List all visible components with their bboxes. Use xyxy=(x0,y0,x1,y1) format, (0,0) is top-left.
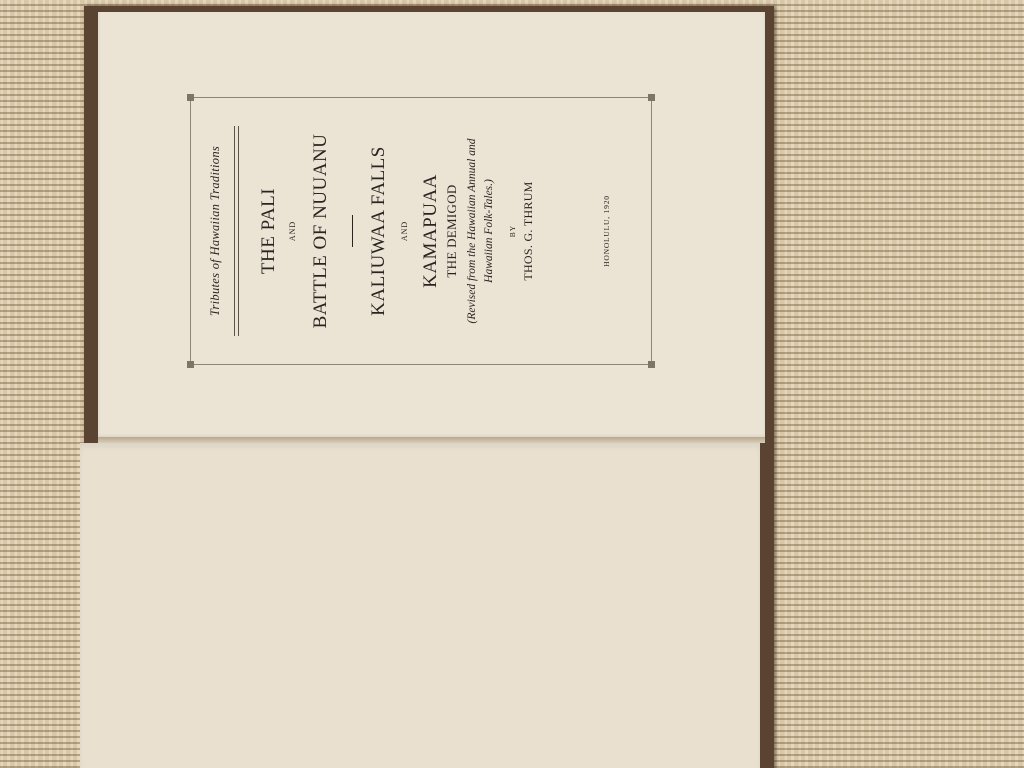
double-rule xyxy=(234,126,239,336)
by-label: BY xyxy=(508,97,517,365)
revision-note: (Revised from the Hawaiian Annual and Ha… xyxy=(464,97,498,365)
conjunction: AND xyxy=(400,97,409,365)
title-kaliuwaa-falls: KALIUWAA FALLS xyxy=(368,97,390,365)
divider-rule xyxy=(352,215,353,247)
series-title: Tributes of Hawaiian Traditions xyxy=(208,97,223,365)
conjunction: AND xyxy=(288,97,297,365)
author-name: THOS. G. THRUM xyxy=(521,97,536,365)
revision-note-line-1: (Revised from the Hawaiian Annual and xyxy=(464,97,481,365)
blank-page xyxy=(80,443,760,768)
title-the-pali: THE PALI xyxy=(258,97,280,365)
revision-note-line-2: Hawaiian Folk-Tales.) xyxy=(481,97,498,365)
imprint: HONOLULU, 1920 xyxy=(602,97,611,365)
title-kamapuaa: KAMAPUAA xyxy=(420,97,442,365)
subtitle-the-demigod: THE DEMIGOD xyxy=(444,97,460,365)
title-page-text: Tributes of Hawaiian Traditions THE PALI… xyxy=(190,97,652,365)
title-battle-of-nuuanu: BATTLE OF NUUANU xyxy=(310,97,332,365)
